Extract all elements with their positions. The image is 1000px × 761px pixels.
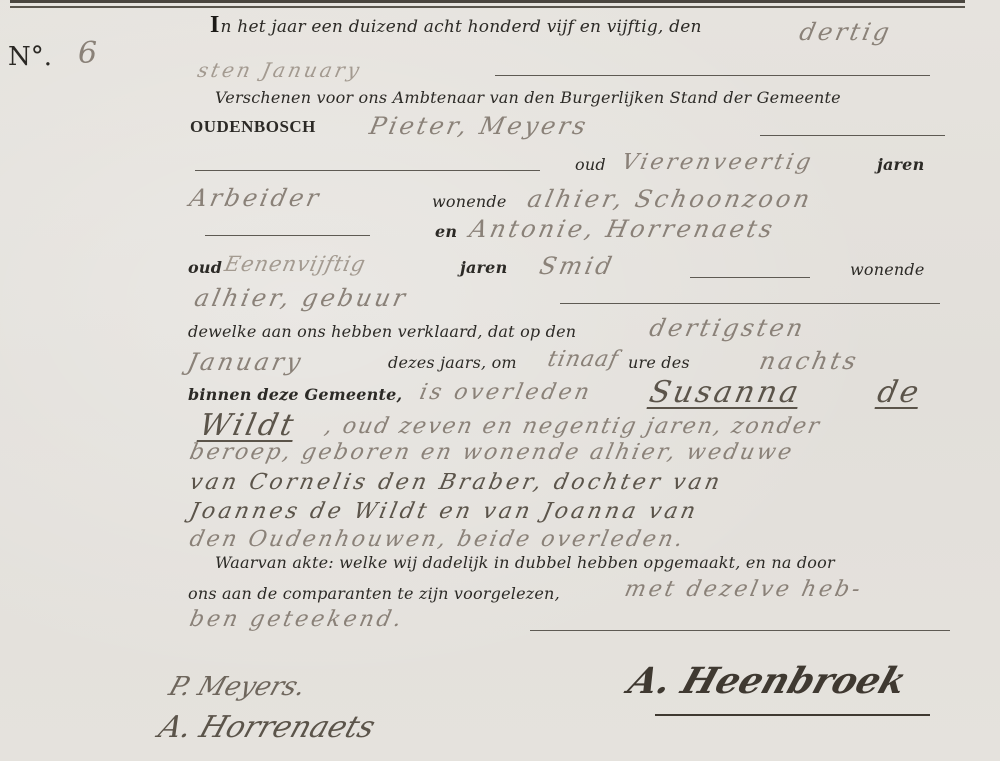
handwritten-day-suffix: sten January bbox=[195, 58, 364, 82]
fill-rule bbox=[530, 630, 950, 631]
handwritten-death-hour: tinaaf bbox=[545, 347, 621, 372]
fill-rule bbox=[495, 75, 930, 76]
witness1-name: Pieter, Meyers bbox=[367, 112, 591, 140]
drop-cap: I bbox=[210, 12, 220, 38]
label-wonende: wonende bbox=[432, 192, 507, 211]
printed-ure-des: ure des bbox=[628, 353, 690, 372]
deceased-details-2: beroep, geboren en wonende alhier, weduw… bbox=[187, 440, 796, 465]
signature-witness1: P. Meyers. bbox=[165, 672, 310, 702]
handwritten-death-month: January bbox=[185, 348, 306, 376]
witness2-age: Eenenvijftig bbox=[222, 252, 368, 276]
label-wonende: wonende bbox=[850, 260, 925, 279]
signature-official: A. Heenbroek bbox=[623, 660, 912, 702]
handwritten-closing-2: ben geteekend. bbox=[187, 607, 406, 632]
intro-text: n het jaar een duizend acht honderd vijf… bbox=[221, 17, 702, 37]
label-en: en bbox=[435, 222, 457, 241]
handwritten-time-of-day: nachts bbox=[757, 347, 862, 375]
deceased-details-1: , oud zeven en negentig jaren, zonder bbox=[322, 414, 823, 439]
signature-underline bbox=[655, 714, 930, 716]
top-border-rule bbox=[10, 0, 965, 8]
fill-rule bbox=[205, 235, 370, 236]
municipality-name: OUDENBOSCH bbox=[190, 117, 316, 137]
record-number-value: 6 bbox=[78, 36, 97, 71]
witness1-residence: alhier, Schoonzoon bbox=[525, 185, 815, 213]
handwritten-day: dertig bbox=[797, 18, 895, 46]
signature-witness2: A. Horrenaets bbox=[154, 710, 379, 745]
deceased-details-3: van Cornelis den Braber, dochter van bbox=[187, 470, 725, 495]
printed-waarvan-akte: Waarvan akte: welke wij dadelijk in dubb… bbox=[215, 553, 835, 572]
fill-rule bbox=[195, 170, 540, 171]
deceased-details-5: den Oudenhouwen, beide overleden. bbox=[187, 527, 687, 552]
record-number-label: N°. bbox=[8, 42, 52, 72]
fill-rule bbox=[560, 303, 940, 304]
printed-intro-line: In het jaar een duizend acht honderd vij… bbox=[210, 12, 702, 39]
label-oud: oud bbox=[575, 155, 606, 174]
handwritten-death-day: dertigsten bbox=[647, 314, 808, 342]
deceased-surname: Wildt bbox=[196, 408, 299, 443]
deceased-details-4: Joannes de Wildt en van Joanna van bbox=[187, 499, 700, 524]
printed-comparanten: ons aan de comparanten te zijn voorgelez… bbox=[188, 584, 560, 603]
document-page: N°. 6 In het jaar een duizend acht honde… bbox=[0, 0, 1000, 761]
label-jaren: jaren bbox=[877, 155, 924, 174]
printed-dezes-jaars: dezes jaars, om bbox=[388, 353, 517, 372]
fill-rule bbox=[760, 135, 945, 136]
label-jaren: jaren bbox=[460, 258, 507, 277]
deceased-first-name: Susanna bbox=[646, 375, 804, 410]
witness2-residence: alhier, gebuur bbox=[192, 284, 411, 312]
witness1-age: Vierenveertig bbox=[619, 150, 816, 175]
witness2-name: Antonie, Horrenaets bbox=[467, 215, 778, 243]
printed-binnen: binnen deze Gemeente, bbox=[188, 385, 402, 404]
witness2-occupation: Smid bbox=[537, 252, 617, 280]
handwritten-closing-1: met dezelve heb- bbox=[622, 577, 865, 602]
printed-declared-line: dewelke aan ons hebben verklaard, dat op… bbox=[188, 322, 576, 341]
label-oud: oud bbox=[188, 258, 222, 277]
printed-appeared-line: Verschenen voor ons Ambtenaar van den Bu… bbox=[215, 88, 841, 107]
fill-rule bbox=[690, 277, 810, 278]
deceased-surname-prefix: de bbox=[874, 375, 924, 410]
witness1-occupation: Arbeider bbox=[187, 184, 324, 212]
handwritten-overleden: is overleden bbox=[417, 380, 594, 405]
